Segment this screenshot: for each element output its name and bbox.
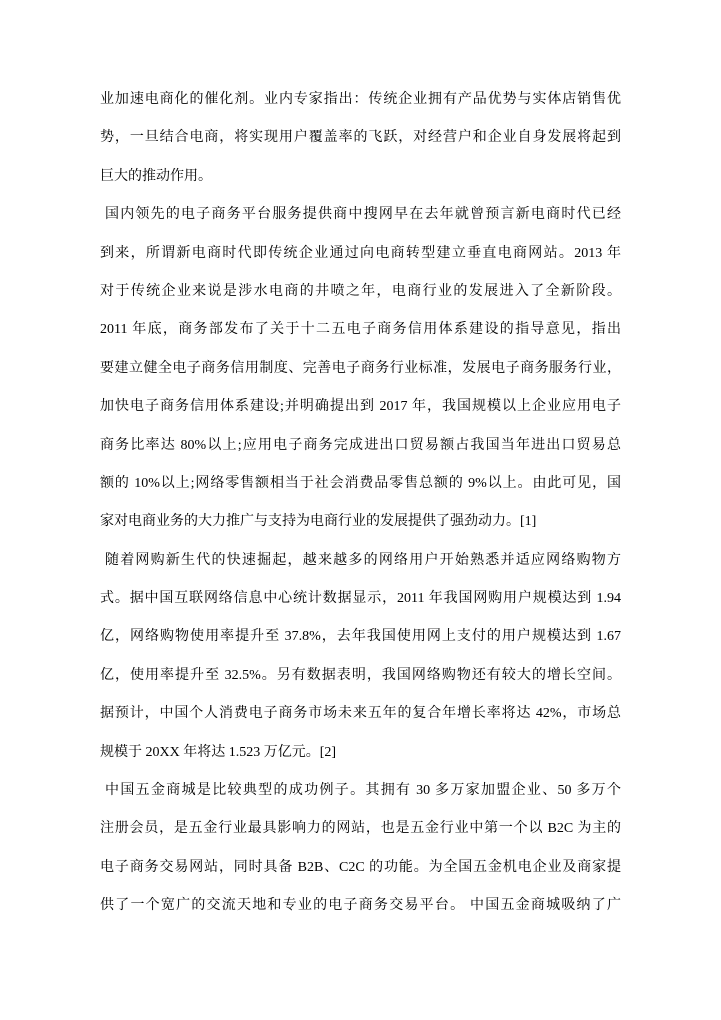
text-line: 对于传统企业来说是涉水电商的井喷之年，电商行业的发展进入了全新阶段。 xyxy=(100,273,621,311)
text-line: 商务比率达 80%以上;应用电子商务完成进出口贸易额占我国当年进出口贸易总 xyxy=(100,427,621,465)
text-line: 电子商务交易网站，同时具备 B2B、C2C 的功能。为全国五金机电企业及商家提 xyxy=(100,849,621,887)
document-page: { "page": { "background_color": "#ffffff… xyxy=(0,0,721,1020)
text-line: 注册会员，是五金行业最具影响力的网站，也是五金行业中第一个以 B2C 为主的 xyxy=(100,810,621,848)
text-line: 家对电商业务的大力推广与支持为电商行业的发展提供了强劲动力。[1] xyxy=(100,503,621,541)
text-line: 亿，网络购物使用率提升至 37.8%，去年我国使用网上支付的用户规模达到 1.6… xyxy=(100,618,621,656)
text-line: 规模于 20XX 年将达 1.523 万亿元。[2] xyxy=(100,734,621,772)
text-line: 式。据中国互联网络信息中心统计数据显示，2011 年我国网购用户规模达到 1.9… xyxy=(100,580,621,618)
paragraph: 2011 年底，商务部发布了关于十二五电子商务信用体系建设的指导意见，指出要建立… xyxy=(100,311,621,541)
paragraph: 中国五金商城是比较典型的成功例子。其拥有 30 多万家加盟企业、50 多万个注册… xyxy=(100,772,621,926)
text-line: 国内领先的电子商务平台服务提供商中搜网早在去年就曾预言新电商时代已经 xyxy=(100,196,621,234)
text-line: 随着网购新生代的快速掘起，越来越多的网络用户开始熟悉并适应网络购物方 xyxy=(100,542,621,580)
text-line: 供了一个宽广的交流天地和专业的电子商务交易平台。 中国五金商城吸纳了广 xyxy=(100,887,621,925)
paragraph: 国内领先的电子商务平台服务提供商中搜网早在去年就曾预言新电商时代已经到来，所谓新… xyxy=(100,196,621,311)
paragraph: 随着网购新生代的快速掘起，越来越多的网络用户开始熟悉并适应网络购物方式。据中国互… xyxy=(100,542,621,772)
text-line: 势，一旦结合电商，将实现用户覆盖率的飞跃，对经营户和企业自身发展将起到 xyxy=(100,119,621,157)
document-content: 业加速电商化的催化剂。业内专家指出：传统企业拥有产品优势与实体店销售优势，一旦结… xyxy=(100,81,621,926)
document-body: 业加速电商化的催化剂。业内专家指出：传统企业拥有产品优势与实体店销售优势，一旦结… xyxy=(0,0,721,1020)
text-line: 到来，所谓新电商时代即传统企业通过向电商转型建立垂直电商网站。2013 年 xyxy=(100,235,621,273)
text-line: 亿，使用率提升至 32.5%。另有数据表明，我国网络购物还有较大的增长空间。 xyxy=(100,657,621,695)
text-line: 加快电子商务信用体系建设;并明确提出到 2017 年，我国规模以上企业应用电子 xyxy=(100,388,621,426)
text-line: 中国五金商城是比较典型的成功例子。其拥有 30 多万家加盟企业、50 多万个 xyxy=(100,772,621,810)
text-line: 据预计，中国个人消费电子商务市场未来五年的复合年增长率将达 42%，市场总 xyxy=(100,695,621,733)
text-line: 2011 年底，商务部发布了关于十二五电子商务信用体系建设的指导意见，指出 xyxy=(100,311,621,349)
text-line: 额的 10%以上;网络零售额相当于社会消费品零售总额的 9%以上。由此可见，国 xyxy=(100,465,621,503)
text-line: 业加速电商化的催化剂。业内专家指出：传统企业拥有产品优势与实体店销售优 xyxy=(100,81,621,119)
text-line: 要建立健全电子商务信用制度、完善电子商务行业标准，发展电子商务服务行业， xyxy=(100,350,621,388)
paragraph: 业加速电商化的催化剂。业内专家指出：传统企业拥有产品优势与实体店销售优势，一旦结… xyxy=(100,81,621,196)
text-line: 巨大的推动作用。 xyxy=(100,158,621,196)
